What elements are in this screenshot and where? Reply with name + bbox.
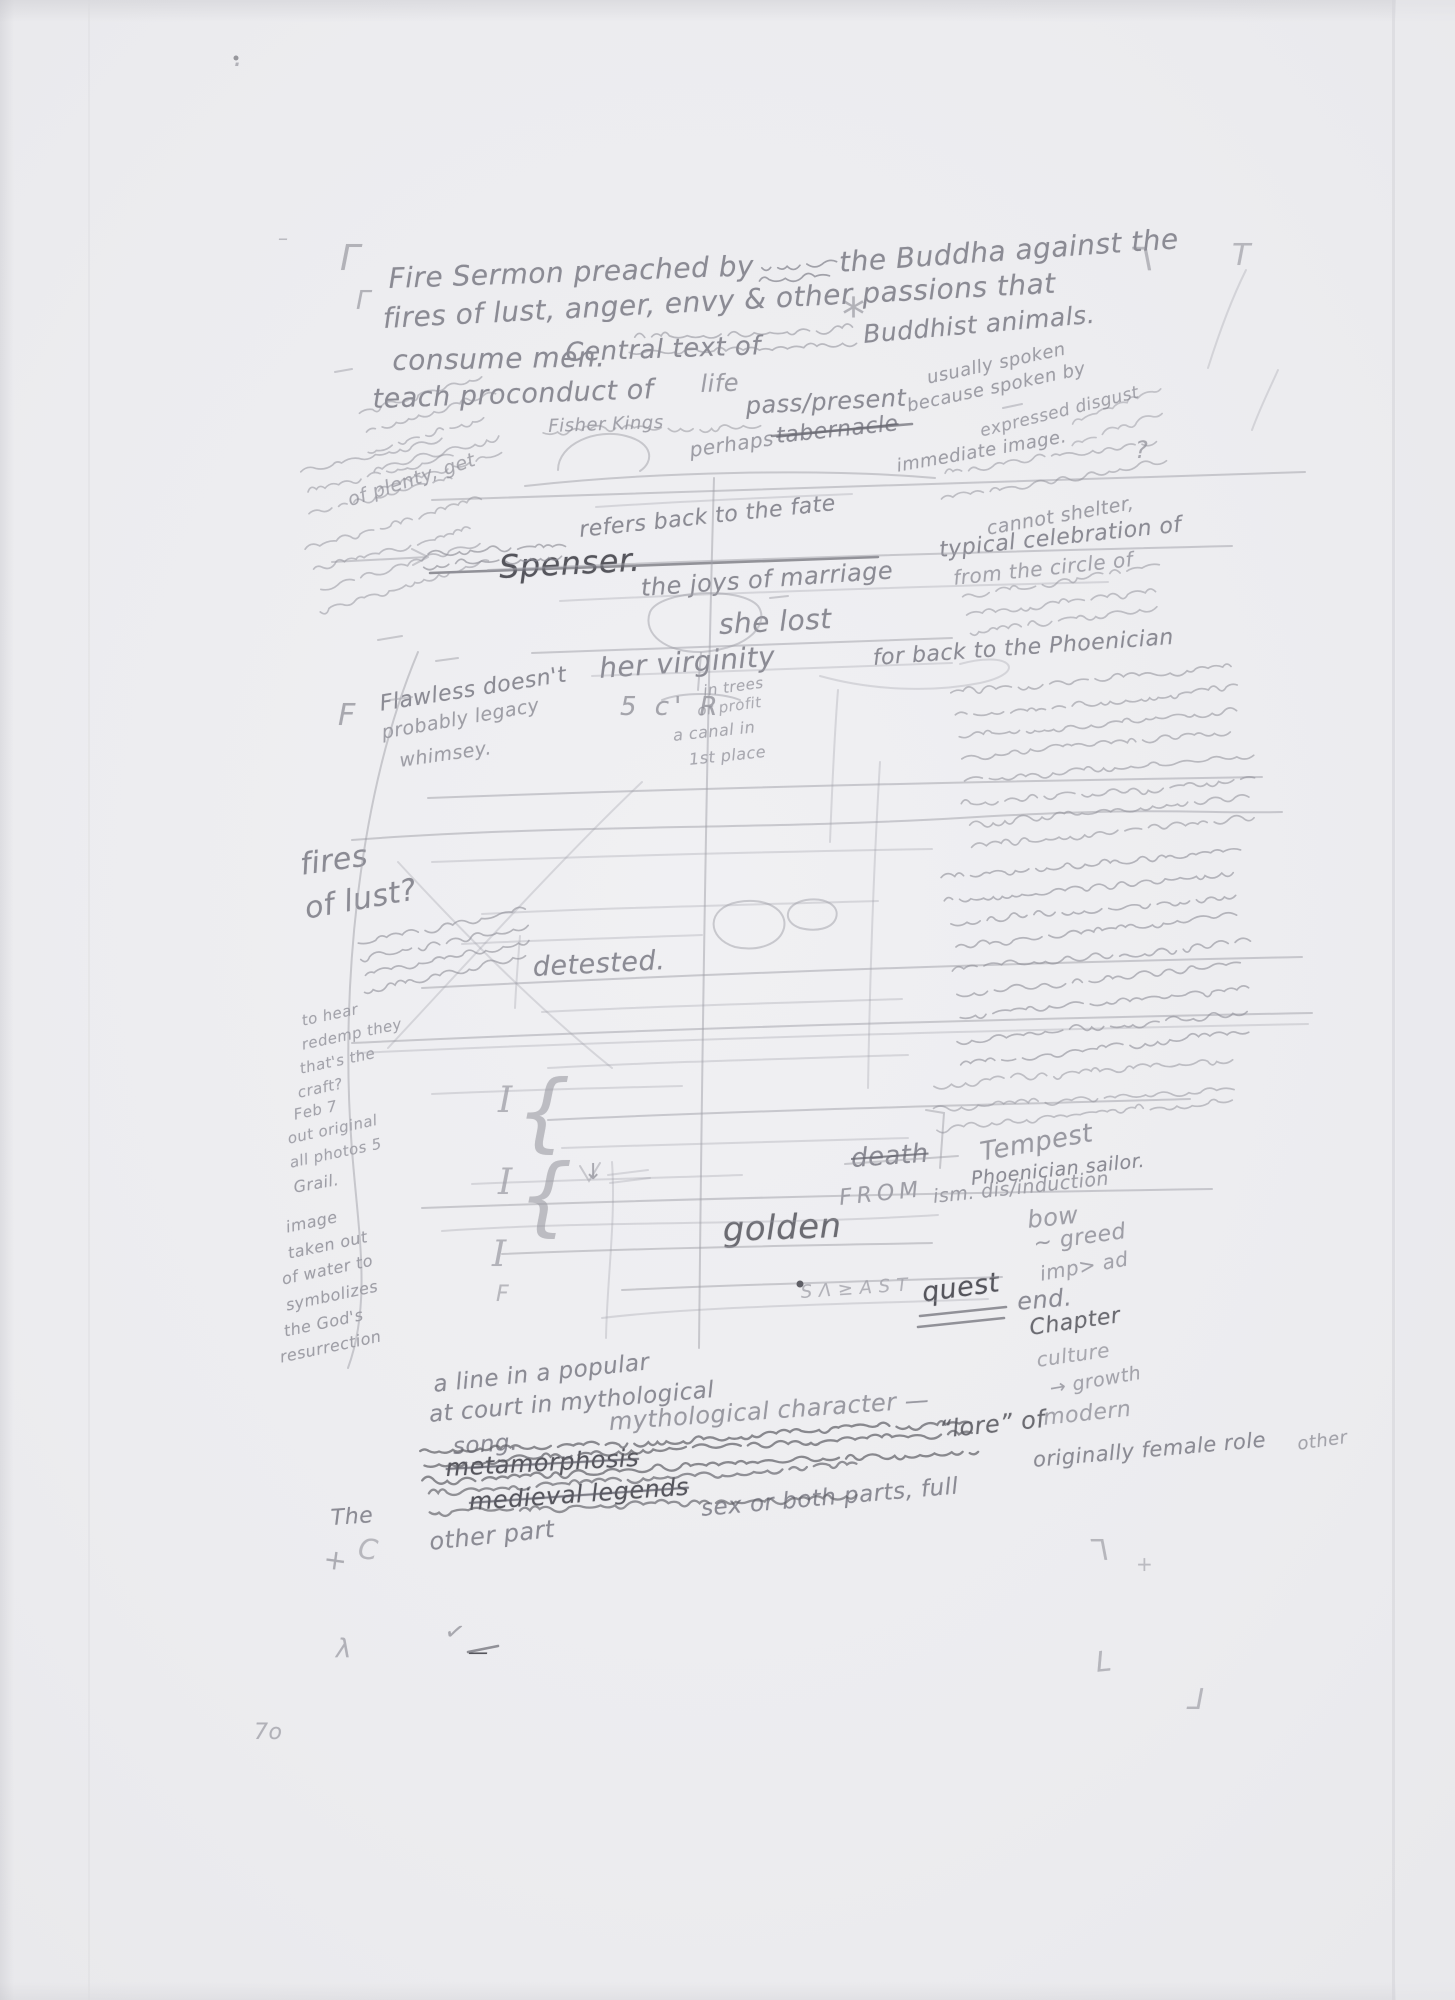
handwritten-note: craft? [296,1074,344,1101]
handwritten-note: sex or both parts, full [700,1473,959,1521]
registration-mark: Γ [1188,1681,1204,1714]
handwritten-note: * [842,288,866,342]
handwritten-note: teach proconduct of [372,374,654,415]
handwritten-note: she lost [718,602,833,641]
scan-page: Fire Sermon preached bythe Buddha agains… [0,0,1455,2000]
handwritten-note: of lust? [302,872,419,926]
registration-mark: T [1232,238,1251,273]
handwritten-note: 1st place [688,742,767,769]
registration-mark: λ [336,1634,352,1664]
handwritten-note: Spenser. [498,541,641,586]
handwritten-note: culture [1035,1338,1111,1372]
registration-mark: Γ [340,238,361,279]
registration-mark: Γ [356,286,371,316]
handwritten-note: death [850,1139,930,1174]
handwritten-note: refers back to the fate [578,491,837,543]
handwritten-note: S Λ ≥ A S T [800,1274,909,1302]
handwritten-note: other [1296,1427,1349,1455]
handwritten-note: ? [1135,436,1148,464]
handwritten-note: medieval legends [468,1473,690,1516]
registration-mark: 7o [254,1720,282,1745]
handwritten-note: detested. [532,945,666,983]
registration-mark: Γ [1092,1534,1108,1567]
handwritten-note: The [330,1503,374,1531]
handwritten-note: originally female role [1032,1428,1267,1472]
handwritten-note: modern [1042,1397,1133,1431]
registration-mark: — [468,1640,489,1664]
handwritten-note: { [518,1146,573,1246]
registration-mark: + [1136,1552,1153,1576]
handwritten-note: fires [298,839,370,883]
registration-mark: C [357,1532,380,1567]
handwritten-note: I [498,1162,513,1203]
handwritten-note: perhaps [688,426,775,462]
handwritten-note: the joys of marriage [640,556,894,602]
registration-mark: Γ [1134,240,1152,278]
handwritten-note: I [492,1234,507,1275]
handwritten-note: FROM [838,1177,924,1211]
handwritten-note: F [496,1282,509,1307]
handwritten-note: Grail. [292,1170,340,1197]
handwritten-note: quest [920,1267,1002,1309]
handwritten-note: “lore” of [938,1405,1046,1444]
handwritten-note: of plenty, get [345,449,478,511]
handwritten-note: Central text of [565,331,761,368]
handwritten-note: ↓ [584,1160,603,1185]
handwritten-note: golden [722,1206,842,1250]
handwriting-layer: Fire Sermon preached bythe Buddha agains… [0,0,1455,2000]
registration-mark: · [232,48,241,81]
registration-mark: + [321,1542,349,1578]
handwritten-note: for back to the Phoenician [872,625,1175,671]
handwritten-note: image [284,1207,339,1236]
registration-mark: ✓ [442,1616,468,1648]
handwritten-note: F [338,698,356,733]
handwritten-note: other part [428,1515,556,1556]
handwritten-note: life [700,369,740,398]
handwritten-note: Fisher Kings [548,412,664,437]
handwritten-note: whimsey. [398,737,493,772]
registration-mark: L [1094,1644,1113,1679]
registration-mark: – [278,226,289,250]
handwritten-note: I [498,1080,513,1121]
